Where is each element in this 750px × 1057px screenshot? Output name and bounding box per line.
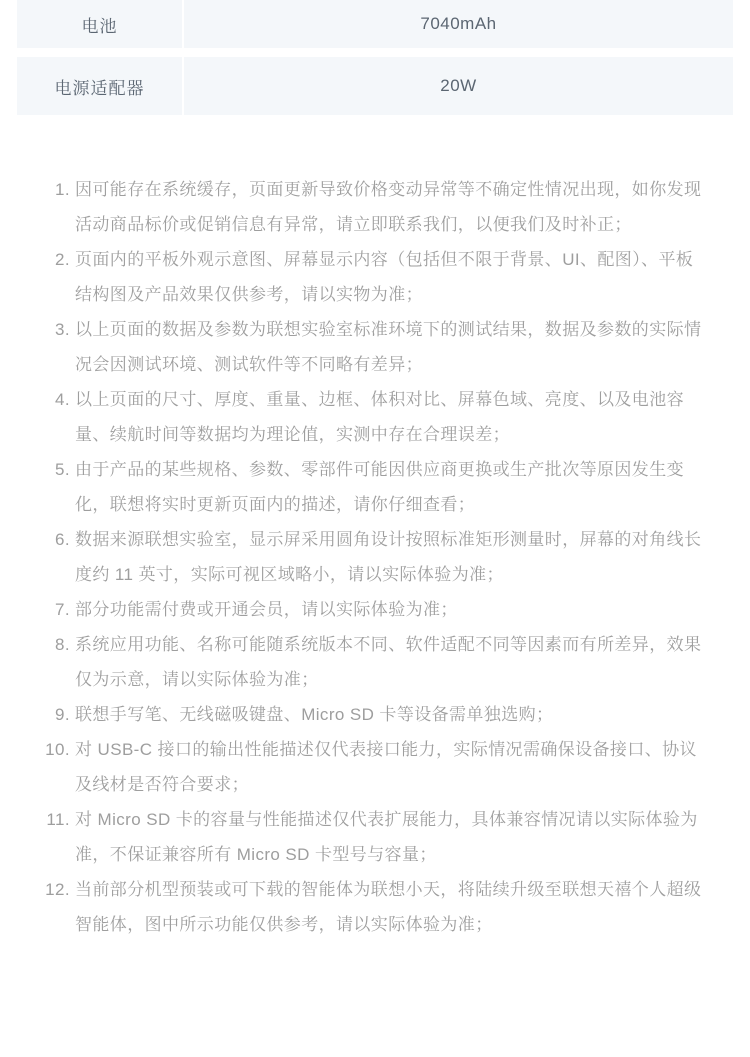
spec-row-battery: 电池 7040mAh bbox=[17, 0, 733, 48]
spec-label: 电池 bbox=[82, 12, 118, 37]
item-text: 页面内的平板外观示意图、屏幕显示内容（包括但不限于背景、UI、配图）、平板结构图… bbox=[75, 250, 693, 304]
disclaimer-item: 3. 以上页面的数据及参数为联想实验室标准环境下的测试结果，数据及参数的实际情况… bbox=[75, 312, 702, 382]
item-text: 对 USB-C 接口的输出性能描述仅代表接口能力，实际情况需确保设备接口、协议及… bbox=[75, 740, 697, 794]
spec-row-power-adapter: 电源适配器 20W bbox=[17, 57, 733, 115]
disclaimer-item: 7. 部分功能需付费或开通会员，请以实际体验为准； bbox=[75, 592, 702, 627]
disclaimer-list: 1. 因可能存在系统缓存，页面更新导致价格变动异常等不确定性情况出现，如你发现活… bbox=[0, 172, 750, 942]
spec-label-cell: 电源适配器 bbox=[17, 57, 182, 115]
item-text: 数据来源联想实验室，显示屏采用圆角设计按照标准矩形测量时，屏幕的对角线长度约 1… bbox=[75, 530, 701, 584]
item-number: 2. bbox=[55, 242, 75, 277]
item-number: 10. bbox=[45, 732, 75, 767]
disclaimer-item: 2. 页面内的平板外观示意图、屏幕显示内容（包括但不限于背景、UI、配图）、平板… bbox=[75, 242, 702, 312]
spec-value-cell: 20W bbox=[184, 57, 733, 115]
item-text: 因可能存在系统缓存，页面更新导致价格变动异常等不确定性情况出现，如你发现活动商品… bbox=[75, 180, 701, 234]
item-text: 部分功能需付费或开通会员，请以实际体验为准； bbox=[75, 600, 458, 619]
disclaimer-item: 5. 由于产品的某些规格、参数、零部件可能因供应商更换或生产批次等原因发生变化，… bbox=[75, 452, 702, 522]
disclaimer-item: 4. 以上页面的尺寸、厚度、重量、边框、体积对比、屏幕色域、亮度、以及电池容量、… bbox=[75, 382, 702, 452]
spec-value-cell: 7040mAh bbox=[184, 0, 733, 48]
disclaimer-item: 6. 数据来源联想实验室，显示屏采用圆角设计按照标准矩形测量时，屏幕的对角线长度… bbox=[75, 522, 702, 592]
spec-label-cell: 电池 bbox=[17, 0, 182, 48]
disclaimer-item: 1. 因可能存在系统缓存，页面更新导致价格变动异常等不确定性情况出现，如你发现活… bbox=[75, 172, 702, 242]
item-number: 5. bbox=[55, 452, 75, 487]
item-text: 由于产品的某些规格、参数、零部件可能因供应商更换或生产批次等原因发生变化，联想将… bbox=[75, 460, 684, 514]
disclaimer-item: 12. 当前部分机型预装或可下载的智能体为联想小天，将陆续升级至联想天禧个人超级… bbox=[75, 872, 702, 942]
item-number: 9. bbox=[55, 697, 75, 732]
disclaimer-item: 11. 对 Micro SD 卡的容量与性能描述仅代表扩展能力，具体兼容情况请以… bbox=[75, 802, 702, 872]
item-text: 对 Micro SD 卡的容量与性能描述仅代表扩展能力，具体兼容情况请以实际体验… bbox=[75, 810, 698, 864]
disclaimer-item: 9. 联想手写笔、无线磁吸键盘、Micro SD 卡等设备需单独选购； bbox=[75, 697, 702, 732]
item-text: 系统应用功能、名称可能随系统版本不同、软件适配不同等因素而有所差异，效果仅为示意… bbox=[75, 635, 701, 689]
spec-label: 电源适配器 bbox=[55, 74, 145, 99]
item-text: 联想手写笔、无线磁吸键盘、Micro SD 卡等设备需单独选购； bbox=[75, 705, 553, 724]
item-number: 3. bbox=[55, 312, 75, 347]
item-number: 8. bbox=[55, 627, 75, 662]
item-text: 以上页面的尺寸、厚度、重量、边框、体积对比、屏幕色域、亮度、以及电池容量、续航时… bbox=[75, 390, 684, 444]
item-number: 6. bbox=[55, 522, 75, 557]
disclaimer-item: 8. 系统应用功能、名称可能随系统版本不同、软件适配不同等因素而有所差异，效果仅… bbox=[75, 627, 702, 697]
item-number: 4. bbox=[55, 382, 75, 417]
item-number: 7. bbox=[55, 592, 75, 627]
item-number: 11. bbox=[46, 802, 75, 837]
item-number: 12. bbox=[45, 872, 75, 907]
item-text: 当前部分机型预装或可下载的智能体为联想小天，将陆续升级至联想天禧个人超级智能体，… bbox=[75, 880, 701, 934]
item-text: 以上页面的数据及参数为联想实验室标准环境下的测试结果，数据及参数的实际情况会因测… bbox=[75, 320, 701, 374]
disclaimer-item: 10. 对 USB-C 接口的输出性能描述仅代表接口能力，实际情况需确保设备接口… bbox=[75, 732, 702, 802]
item-number: 1. bbox=[55, 172, 75, 207]
spec-table: 电池 7040mAh 电源适配器 20W bbox=[17, 0, 733, 115]
spec-value: 20W bbox=[440, 76, 476, 96]
spec-value: 7040mAh bbox=[420, 14, 496, 34]
